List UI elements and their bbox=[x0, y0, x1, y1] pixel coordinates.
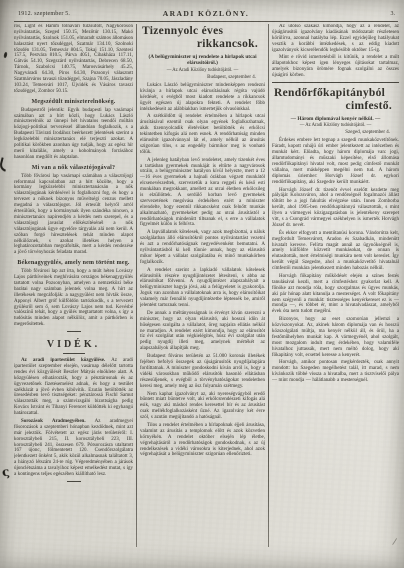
news-item-body: Az aradi ipartestület szeptember elsején… bbox=[14, 358, 133, 416]
article-paragraph: Lukács László belügyminiszter mindenképp… bbox=[140, 83, 265, 112]
newspaper-scan-page: 1912. szeptember 5. ARADI KÖZLÖNY. 3. ro… bbox=[0, 0, 404, 568]
article-paragraph: Tilos a rendelet értelmében a hírlapokna… bbox=[140, 423, 265, 458]
lead-article-title-line2: rikkancsok. bbox=[140, 38, 265, 51]
article-paragraph: Horvágh főkapitány működését elején a sz… bbox=[272, 274, 399, 315]
article-heading: Mi van a nők választójogával? bbox=[16, 165, 131, 171]
article-top-rule bbox=[272, 82, 399, 83]
news-item: Az aradi ipartestület közgyülése. Az ara… bbox=[14, 358, 133, 417]
column-rule-2 bbox=[268, 24, 269, 547]
lead-article-title: Tizennyolc éves rikkancsok. bbox=[140, 25, 265, 51]
article-body: Budapestről jelentik: Egyik budapesti la… bbox=[14, 108, 133, 161]
article-paragraph: A rendelet szerint a lapkiadó vállalatok… bbox=[140, 268, 265, 309]
lead-article-title-line1: Tizennyolc éves bbox=[140, 25, 265, 38]
second-article-dateline: Szeged, szeptember 4. bbox=[272, 130, 399, 135]
column-end-divider bbox=[67, 481, 81, 482]
scan-artifact-squiggle: ς bbox=[1, 464, 11, 479]
article-paragraph: A jelenleg hatályban levő rendeletet, am… bbox=[140, 158, 265, 229]
page-number: 3. bbox=[391, 11, 396, 17]
article-paragraph: A lapvállalatok kötelesek, vagy azok meg… bbox=[140, 230, 265, 265]
scan-artifact-hook-mark bbox=[0, 157, 8, 171]
article-paragraph: Bizonyos, hogy az eset szomorúan jellemz… bbox=[272, 317, 399, 358]
article-body: Több fővárosi lap azt írta, hogy a múlt … bbox=[14, 269, 133, 328]
continuation-paragraph: Mint e rövid ismertetésből is kitűnik, a… bbox=[272, 55, 399, 79]
section-heading-videk: VIDÉK. bbox=[14, 339, 133, 350]
news-item: Sorozások Aradmegyében. Az aradmegyei fő… bbox=[14, 419, 133, 478]
article-paragraph: Érdekes embere lett tegnap a szegedi mun… bbox=[272, 138, 399, 185]
news-item-lead: Sorozások Aradmegyében. bbox=[21, 419, 86, 424]
second-article-subtitle: — Három diplomával kenyér nélkül. — bbox=[278, 116, 393, 123]
continuation-paragraph: Az utolsó szakasz kimondja, hogy az a re… bbox=[272, 24, 399, 53]
lead-article-subtitle: (A belügyminiszter uj rendelete a hirlap… bbox=[146, 54, 259, 67]
header-rule bbox=[14, 21, 398, 22]
columns-container: ros, Light és Hamm tolnavári túlzsúfolt,… bbox=[14, 24, 399, 547]
column-right: Az utolsó szakasz kimondja, hogy az a re… bbox=[272, 24, 399, 547]
news-item-body: Az aradmegyei fősorozások a szeptemberi … bbox=[14, 419, 133, 477]
article-paragraph: Budapest főváros területén az 51.000 kor… bbox=[140, 354, 265, 389]
second-article-title-line1: Rendőrfőkapitányból bbox=[272, 87, 399, 100]
article-paragraph: És ekkor elfogyott a mentőtanúsi korona.… bbox=[272, 231, 399, 272]
article-paragraph: Horvágh József dr. tizenöt évvel ezelőtt… bbox=[272, 188, 399, 229]
second-article-title-line2: cimfestő. bbox=[272, 100, 399, 113]
second-article-title: Rendőrfőkapitányból cimfestő. bbox=[272, 87, 399, 113]
scan-artifact-dot bbox=[3, 52, 7, 58]
article-heading: Békenagygyülés, amely nem történt meg. bbox=[16, 260, 131, 266]
page-header: 1912. szeptember 5. ARADI KÖZLÖNY. 3. bbox=[15, 9, 397, 20]
market-report-text: ros, Light és Hamm tolnavári túlzsúfolt,… bbox=[14, 24, 133, 95]
column-middle: Tizennyolc éves rikkancsok. (A belügymin… bbox=[140, 24, 265, 547]
second-article-byline: — Az Aradi Közlöny tudósitójától. — bbox=[272, 123, 399, 128]
news-item-lead: Az aradi ipartestület közgyülése. bbox=[21, 358, 105, 363]
article-paragraph: De annak a méltányosságnak is érvényt kí… bbox=[140, 311, 265, 352]
column-rule-1 bbox=[136, 24, 137, 547]
section-underline bbox=[63, 353, 85, 354]
article-paragraph: Horvágh, amikor pontosan megkérdezték, c… bbox=[272, 360, 399, 384]
article-heading: Megszédült miniszterelnökség. bbox=[16, 99, 131, 105]
lead-article-dateline: Budapest, szeptember 4. bbox=[140, 75, 265, 80]
section-divider bbox=[67, 331, 81, 332]
article-paragraph: Nem kaphat igazolványt az, aki nyereségv… bbox=[140, 392, 265, 421]
masthead-title: ARADI KÖZLÖNY. bbox=[15, 9, 397, 18]
article-body: Több fővárosi lap vasárnapi számában a v… bbox=[14, 174, 133, 256]
article-paragraph: A szétküldött új rendelet értelmében a h… bbox=[140, 114, 265, 155]
column-left: ros, Light és Hamm tolnavári túlzsúfolt,… bbox=[14, 24, 133, 547]
lead-article-byline: — Az Aradi Közlöny tudósitójától. — bbox=[140, 68, 265, 73]
